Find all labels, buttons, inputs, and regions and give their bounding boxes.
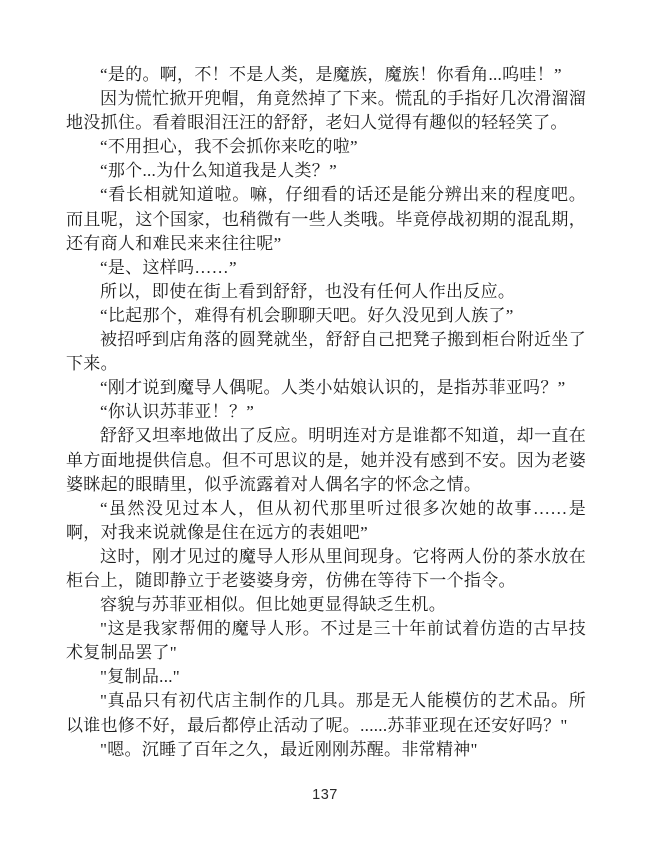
paragraph: “那个...为什么知道我是人类？”: [66, 159, 586, 183]
paragraph: 容貌与苏菲亚相似。但比她更显得缺乏生机。: [66, 593, 586, 617]
paragraph: 被招呼到店角落的圆凳就坐，舒舒自己把凳子搬到柜台附近坐了下来。: [66, 328, 586, 376]
paragraph: 因为慌忙掀开兜帽，角竟然掉了下来。慌乱的手指好几次滑溜溜地没抓住。看着眼泪汪汪的…: [66, 87, 586, 135]
paragraph: "这是我家帮佣的魔导人形。不过是三十年前试着仿造的古早技术复制品罢了": [66, 617, 586, 665]
paragraph: 所以，即使在街上看到舒舒，也没有任何人作出反应。: [66, 280, 586, 304]
paragraph: “刚才说到魔导人偶呢。人类小姑娘认识的，是指苏菲亚吗？”: [66, 376, 586, 400]
paragraph: “你认识苏菲亚！？”: [66, 400, 586, 424]
page-number: 137: [0, 787, 650, 803]
paragraph: "真品只有初代店主制作的几具。那是无人能模仿的艺术品。所以谁也修不好，最后都停止…: [66, 689, 586, 737]
book-page: “是的。啊，不！不是人类，是魔族，魔族！你看角...呜哇！” 因为慌忙掀开兜帽，…: [0, 0, 650, 850]
paragraph: “比起那个，难得有机会聊聊天吧。好久没见到人族了”: [66, 304, 586, 328]
body-text: “是的。啊，不！不是人类，是魔族，魔族！你看角...呜哇！” 因为慌忙掀开兜帽，…: [66, 63, 586, 762]
paragraph: “虽然没见过本人，但从初代那里听过很多次她的故事……是啊，对我来说就像是住在远方…: [66, 497, 586, 545]
paragraph: “是、这样吗……”: [66, 256, 586, 280]
paragraph: “是的。啊，不！不是人类，是魔族，魔族！你看角...呜哇！”: [66, 63, 586, 87]
paragraph: "复制品...": [66, 665, 586, 689]
paragraph: 舒舒又坦率地做出了反应。明明连对方是谁都不知道，却一直在单方面地提供信息。但不可…: [66, 424, 586, 496]
paragraph: “不用担心，我不会抓你来吃的啦”: [66, 135, 586, 159]
paragraph: 这时，刚才见过的魔导人形从里间现身。它将两人份的茶水放在柜台上，随即静立于老婆婆…: [66, 545, 586, 593]
paragraph: "嗯。沉睡了百年之久，最近刚刚苏醒。非常精神": [66, 738, 586, 762]
paragraph: “看长相就知道啦。嘛，仔细看的话还是能分辨出来的程度吧。而且呢，这个国家，也稍微…: [66, 183, 586, 255]
